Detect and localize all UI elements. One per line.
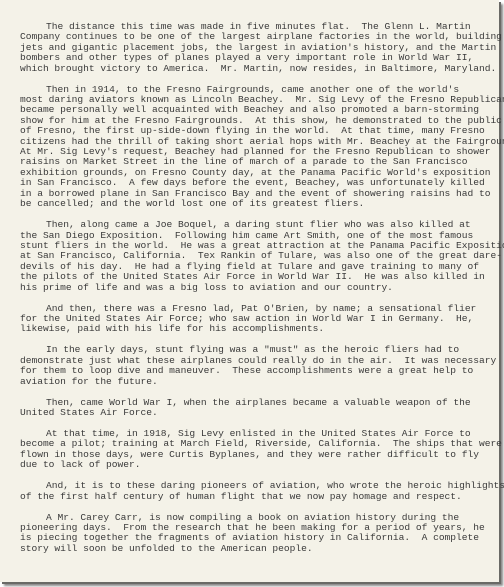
paragraph: In the early days, stunt flying was a "m… [20, 345, 485, 387]
text-line: aviation for the future. [20, 377, 485, 387]
text-line: be cancelled; and the world lost one of … [20, 199, 485, 209]
paragraph: A Mr. Carey Carr, is now compiling a boo… [20, 513, 485, 555]
paragraph: And then, there was a Fresno lad, Pat O'… [20, 304, 485, 335]
paragraph: And, it is to these daring pioneers of a… [20, 481, 485, 502]
text-line: likewise, paid with his life for his acc… [20, 324, 485, 334]
text-line: his prime of life and was a big loss to … [20, 283, 485, 293]
typewritten-page: The distance this time was made in five … [0, 0, 499, 582]
text-line: of the first half century of human fligh… [20, 492, 485, 502]
text-line: due to lack of power. [20, 460, 485, 470]
text-line: Then, along came a Joe Boquel, a daring … [20, 220, 485, 230]
paragraph: Then, along came a Joe Boquel, a daring … [20, 220, 485, 293]
text-line: story will soon be unfolded to the Ameri… [20, 544, 485, 554]
paragraph: At that time, in 1918, Sig Levy enlisted… [20, 429, 485, 471]
paragraph: Then in 1914, to the Fresno Fairgrounds,… [20, 85, 485, 210]
text-line: which brought victory to America. Mr. Ma… [20, 64, 485, 74]
paragraph: The distance this time was made in five … [20, 22, 485, 74]
text-line: United States Air Force. [20, 408, 485, 418]
text-line: the pilots of the United States Air Forc… [20, 272, 485, 282]
text-line: for them to loop dive and maneuver. Thes… [20, 366, 485, 376]
paragraph: Then, came World War I, when the airplan… [20, 398, 485, 419]
